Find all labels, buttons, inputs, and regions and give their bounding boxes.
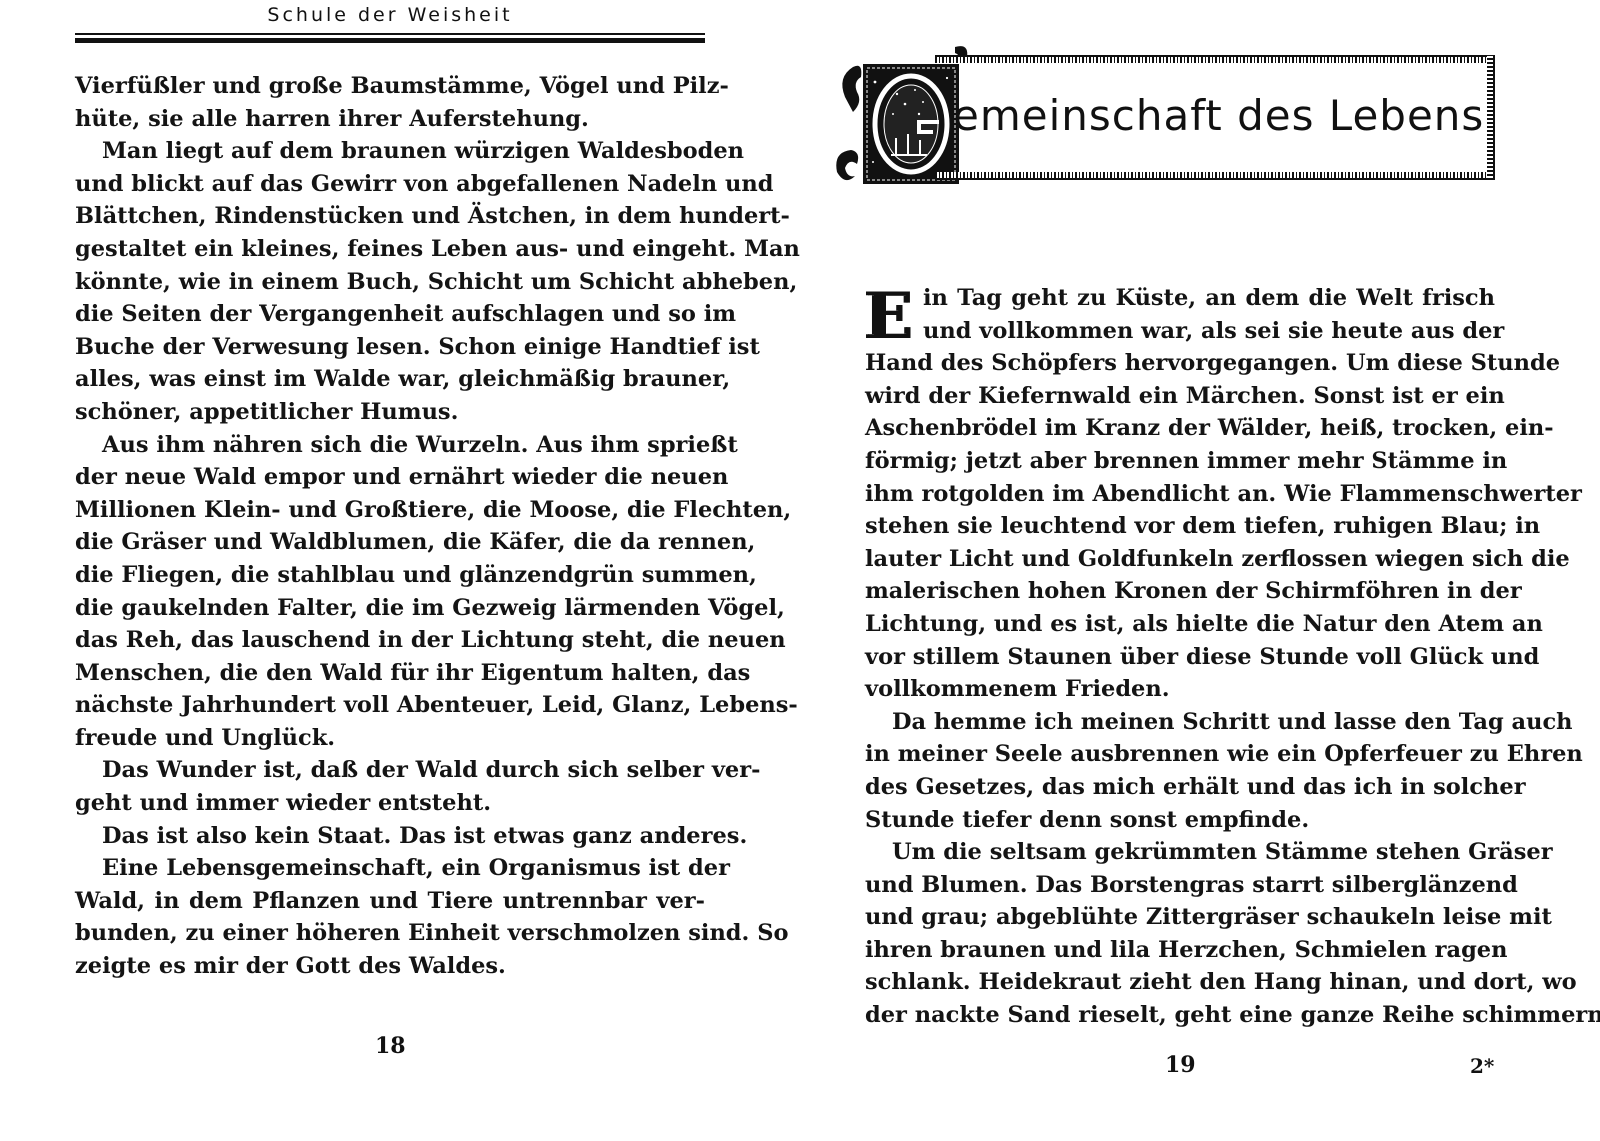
text-line: geht und immer wieder entsteht. xyxy=(75,787,705,820)
text-line: und vollkommen war, als sei sie heute au… xyxy=(865,315,1495,348)
text-line: der neue Wald empor und ernährt wieder d… xyxy=(75,461,705,494)
text-line: schlank. Heidekraut zieht den Hang hinan… xyxy=(865,966,1495,999)
running-head: Schule der Weisheit xyxy=(75,4,705,26)
text-line: malerischen hohen Kronen der Schirmföhre… xyxy=(865,575,1495,608)
text-line: stehen sie leuchtend vor dem tiefen, ruh… xyxy=(865,510,1495,543)
text-line: Aus ihm nähren sich die Wurzeln. Aus ihm… xyxy=(75,429,705,462)
text-line: vollkommenem Frieden. xyxy=(865,673,1495,706)
text-line: Das Wunder ist, daß der Wald durch sich … xyxy=(75,754,705,787)
text-line: in Tag geht zu Küste, an dem die Welt fr… xyxy=(865,282,1495,315)
text-line: und Blumen. Das Borstengras starrt silbe… xyxy=(865,869,1495,902)
text-line: in meiner Seele ausbrennen wie ein Opfer… xyxy=(865,738,1495,771)
text-line: ihren braunen und lila Herzchen, Schmiel… xyxy=(865,934,1495,967)
text-line: das Reh, das lauschend in der Lichtung s… xyxy=(75,624,705,657)
text-line: wird der Kiefernwald ein Märchen. Sonst … xyxy=(865,380,1495,413)
text-line: Man liegt auf dem braunen würzigen Walde… xyxy=(75,135,705,168)
text-line: die gaukelnden Falter, die im Gezweig lä… xyxy=(75,592,705,625)
chapter-title-frame: emeinschaft des Lebens xyxy=(935,55,1495,180)
text-line: vor stillem Staunen über diese Stunde vo… xyxy=(865,641,1495,674)
text-line: Eine Lebensgemeinschaft, ein Organismus … xyxy=(75,852,705,885)
text-line: freude und Unglück. xyxy=(75,722,705,755)
left-page: Schule der Weisheit Vierfüßler und große… xyxy=(0,0,790,1141)
page-number: 18 xyxy=(375,1033,406,1059)
text-line: Stunde tiefer denn sonst empfinde. xyxy=(865,804,1495,837)
text-line: Vierfüßler und große Baumstämme, Vögel u… xyxy=(75,70,705,103)
text-line: der nackte Sand rieselt, geht eine ganze… xyxy=(865,999,1495,1032)
text-line: ihm rotgolden im Abendlicht an. Wie Flam… xyxy=(865,478,1495,511)
chapter-title: emeinschaft des Lebens xyxy=(953,91,1484,140)
text-line: Um die seltsam gekrümmten Stämme stehen … xyxy=(865,836,1495,869)
text-line: lauter Licht und Goldfunkeln zerflossen … xyxy=(865,543,1495,576)
page-number: 19 xyxy=(1165,1052,1196,1078)
text-line: schöner, appetitlicher Humus. xyxy=(75,396,705,429)
text-line: Millionen Klein- und Großtiere, die Moos… xyxy=(75,494,705,527)
text-line: zeigte es mir der Gott des Waldes. xyxy=(75,950,705,983)
text-line: Hand des Schöpfers hervorgegangen. Um di… xyxy=(865,347,1495,380)
text-line: gestaltet ein kleines, feines Leben aus-… xyxy=(75,233,705,266)
text-line: alles, was einst im Walde war, gleichmäß… xyxy=(75,363,705,396)
text-line: förmig; jetzt aber brennen immer mehr St… xyxy=(865,445,1495,478)
text-line: Da hemme ich meinen Schritt und lasse de… xyxy=(865,706,1495,739)
text-line: bunden, zu einer höheren Einheit verschm… xyxy=(75,917,705,950)
header-rule xyxy=(75,33,705,43)
text-line: Buche der Verwesung lesen. Schon einige … xyxy=(75,331,705,364)
right-page: emeinschaft des Lebens E in Tag geht zu … xyxy=(790,0,1600,1141)
text-line: nächste Jahrhundert voll Abenteuer, Leid… xyxy=(75,689,705,722)
text-line: die Seiten der Vergangenheit aufschlagen… xyxy=(75,298,705,331)
text-line: und blickt auf das Gewirr von abgefallen… xyxy=(75,168,705,201)
text-line: Wald, in dem Pflanzen und Tiere untrennb… xyxy=(75,885,705,918)
text-line: hüte, sie alle harren ihrer Auferstehung… xyxy=(75,103,705,136)
text-line: die Fliegen, die stahlblau und glänzendg… xyxy=(75,559,705,592)
text-line: Das ist also kein Staat. Das ist etwas g… xyxy=(75,820,705,853)
text-line: des Gesetzes, das mich erhält und das ic… xyxy=(865,771,1495,804)
text-line: die Gräser und Waldblumen, die Käfer, di… xyxy=(75,526,705,559)
text-line: Lichtung, und es ist, als hielte die Nat… xyxy=(865,608,1495,641)
right-page-body: in Tag geht zu Küste, an dem die Welt fr… xyxy=(865,282,1495,1032)
left-page-body: Vierfüßler und große Baumstämme, Vögel u… xyxy=(75,70,705,983)
text-line: könnte, wie in einem Buch, Schicht um Sc… xyxy=(75,266,705,299)
text-line: Blättchen, Rindenstücken und Ästchen, in… xyxy=(75,200,705,233)
text-line: und grau; abgeblühte Zittergräser schauk… xyxy=(865,901,1495,934)
text-line: Menschen, die den Wald für ihr Eigentum … xyxy=(75,657,705,690)
signature-mark: 2* xyxy=(1470,1054,1494,1078)
text-line: Aschenbrödel im Kranz der Wälder, heiß, … xyxy=(865,412,1495,445)
